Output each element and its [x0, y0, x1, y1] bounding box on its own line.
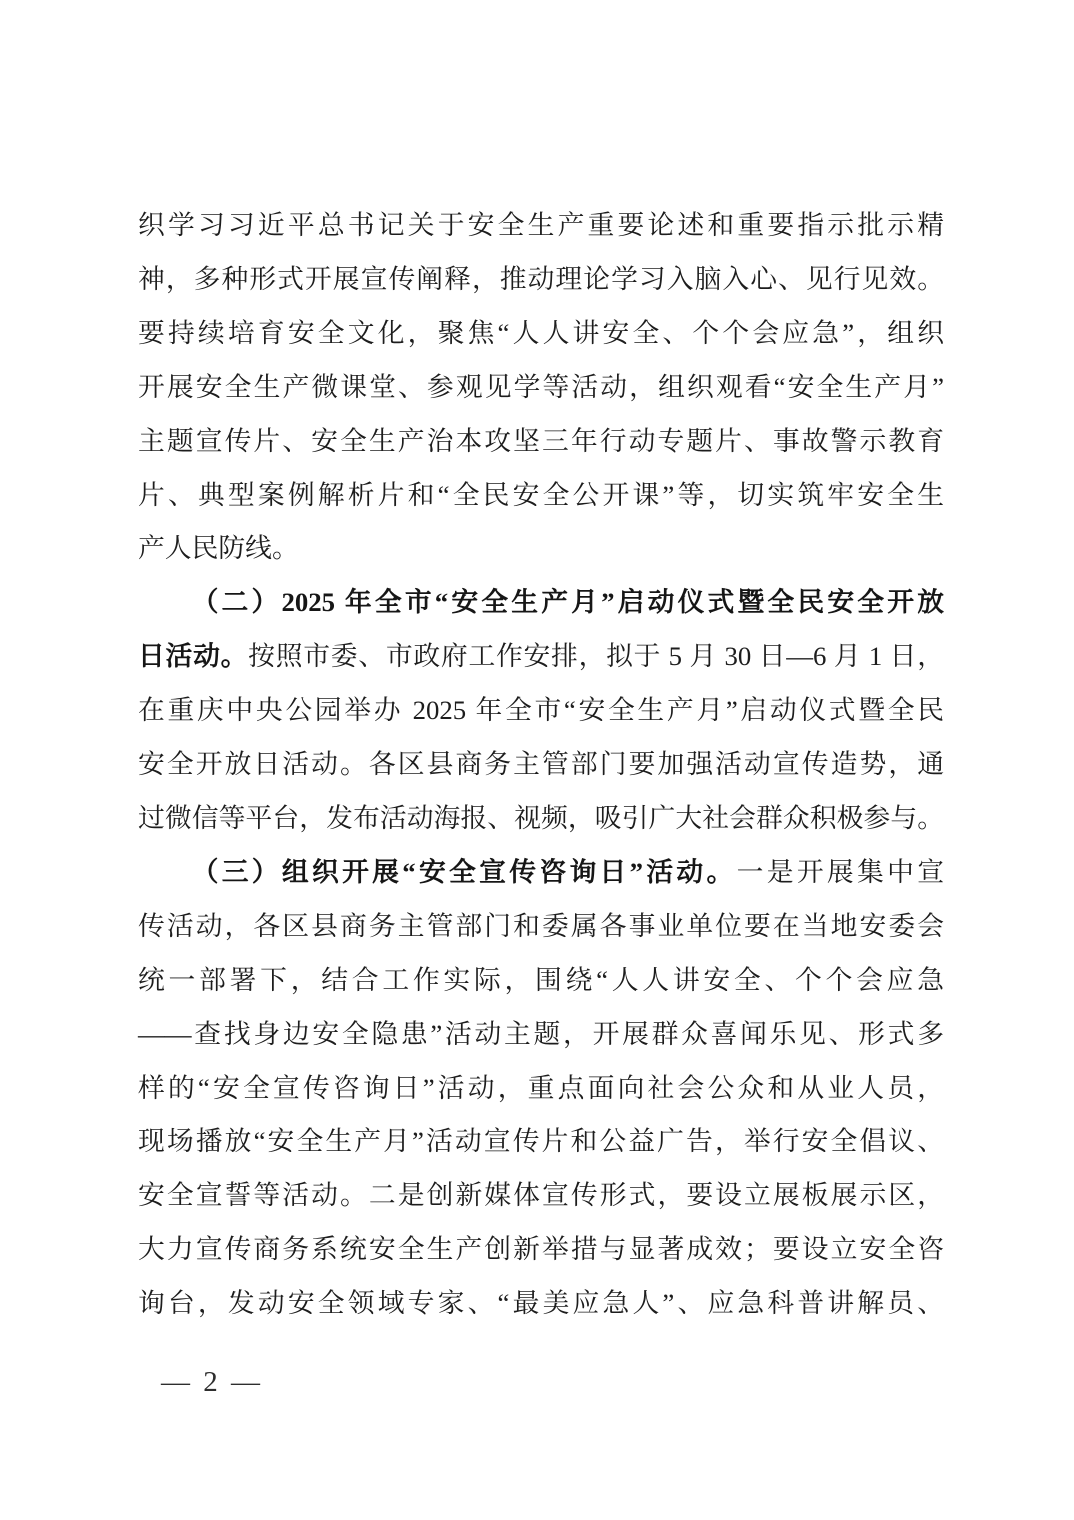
text-line: 要持续培育安全文化，聚焦“人人讲安全、个个会应急”，组织 — [138, 307, 944, 361]
heading-text: 日活动。 — [138, 641, 248, 671]
text-line: 安全宣誓等活动。二是创新媒体宣传形式，要设立展板展示区， — [138, 1169, 944, 1223]
text-line: 片、典型案例解析片和“全民安全公开课”等，切实筑牢安全生 — [138, 469, 944, 523]
document-page: 织学习习近平总书记关于安全生产重要论述和重要指示批示精神，多种形式开展宣传阐释，… — [0, 0, 1074, 1520]
text-line: （三）组织开展“安全宣传咨询日”活动。一是开展集中宣 — [138, 846, 944, 900]
body-text: 样的“安全宣传咨询日”活动，重点面向社会公众和从业人员， — [138, 1073, 944, 1103]
text-line: 在重庆中央公园举办 2025 年全市“安全生产月”启动仪式暨全民 — [138, 684, 944, 738]
text-line: 织学习习近平总书记关于安全生产重要论述和重要指示批示精 — [138, 199, 944, 253]
body-text: 主题宣传片、安全生产治本攻坚三年行动专题片、事故警示教育 — [138, 426, 944, 456]
page-number: — 2 — — [161, 1364, 263, 1400]
text-line: 神，多种形式开展宣传阐释，推动理论学习入脑入心、见行见效。 — [138, 253, 944, 307]
text-line: 主题宣传片、安全生产治本攻坚三年行动专题片、事故警示教育 — [138, 415, 944, 469]
body-text: ——查找身边安全隐患”活动主题，开展群众喜闻乐见、形式多 — [138, 1019, 944, 1049]
body-text: 在重庆中央公园举办 2025 年全市“安全生产月”启动仪式暨全民 — [138, 695, 944, 725]
heading-text: （二）2025 年全市“安全生产月”启动仪式暨全民安全开放 — [192, 587, 944, 617]
body-text: 产人民防线。 — [138, 533, 299, 563]
heading-text: （三）组织开展“安全宣传咨询日”活动。 — [192, 857, 737, 887]
document-body: 织学习习近平总书记关于安全生产重要论述和重要指示批示精神，多种形式开展宣传阐释，… — [138, 199, 944, 1331]
text-line: 询台，发动安全领域专家、“最美应急人”、应急科普讲解员、 — [138, 1277, 944, 1331]
body-text: 按照市委、市政府工作安排，拟于 5 月 30 日—6 月 1 日， — [248, 641, 944, 671]
text-line: 现场播放“安全生产月”活动宣传片和公益广告，举行安全倡议、 — [138, 1115, 944, 1169]
text-line: 过微信等平台，发布活动海报、视频，吸引广大社会群众积极参与。 — [138, 792, 944, 846]
text-line: 安全开放日活动。各区县商务主管部门要加强活动宣传造势，通 — [138, 738, 944, 792]
body-text: 询台，发动安全领域专家、“最美应急人”、应急科普讲解员、 — [138, 1288, 944, 1318]
body-text: 要持续培育安全文化，聚焦“人人讲安全、个个会应急”，组织 — [138, 318, 944, 348]
body-text: 过微信等平台，发布活动海报、视频，吸引广大社会群众积极参与。 — [138, 803, 944, 833]
body-text: 现场播放“安全生产月”活动宣传片和公益广告，举行安全倡议、 — [138, 1126, 944, 1156]
body-text: 大力宣传商务系统安全生产创新举措与显著成效；要设立安全咨 — [138, 1234, 944, 1264]
body-text: 织学习习近平总书记关于安全生产重要论述和重要指示批示精 — [138, 210, 944, 240]
body-text: 一是开展集中宣 — [737, 857, 944, 887]
text-line: （二）2025 年全市“安全生产月”启动仪式暨全民安全开放 — [138, 576, 944, 630]
text-line: ——查找身边安全隐患”活动主题，开展群众喜闻乐见、形式多 — [138, 1008, 944, 1062]
body-text: 片、典型案例解析片和“全民安全公开课”等，切实筑牢安全生 — [138, 480, 944, 510]
text-line: 统一部署下，结合工作实际，围绕“人人讲安全、个个会应急 — [138, 954, 944, 1008]
body-text: 传活动，各区县商务主管部门和委属各事业单位要在当地安委会 — [138, 911, 944, 941]
body-text: 神，多种形式开展宣传阐释，推动理论学习入脑入心、见行见效。 — [138, 264, 944, 294]
text-line: 传活动，各区县商务主管部门和委属各事业单位要在当地安委会 — [138, 900, 944, 954]
body-text: 安全宣誓等活动。二是创新媒体宣传形式，要设立展板展示区， — [138, 1180, 944, 1210]
body-text: 安全开放日活动。各区县商务主管部门要加强活动宣传造势，通 — [138, 749, 944, 779]
text-line: 日活动。按照市委、市政府工作安排，拟于 5 月 30 日—6 月 1 日， — [138, 630, 944, 684]
body-text: 统一部署下，结合工作实际，围绕“人人讲安全、个个会应急 — [138, 965, 944, 995]
text-line: 大力宣传商务系统安全生产创新举措与显著成效；要设立安全咨 — [138, 1223, 944, 1277]
text-line: 开展安全生产微课堂、参观见学等活动，组织观看“安全生产月” — [138, 361, 944, 415]
text-line: 样的“安全宣传咨询日”活动，重点面向社会公众和从业人员， — [138, 1062, 944, 1116]
text-line: 产人民防线。 — [138, 522, 944, 576]
body-text: 开展安全生产微课堂、参观见学等活动，组织观看“安全生产月” — [138, 372, 944, 402]
